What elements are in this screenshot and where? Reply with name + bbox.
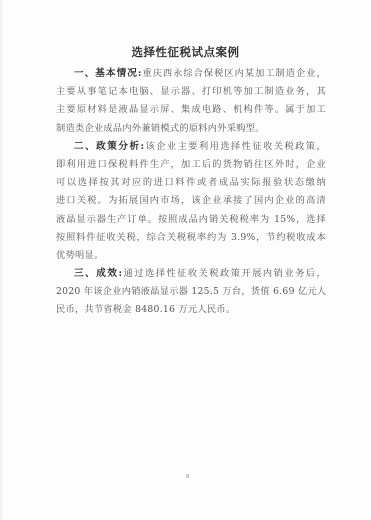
paragraph-line: 主要原材料是液晶显示屏、集成电路、机构件等。属于加工 — [56, 101, 326, 119]
section-policy-analysis-line-1: 二、政策分析:该企业主要利用选择性征收关税政策， — [56, 138, 326, 156]
paragraph-text: 通过选择性征收关税政策开展内销业务后， — [122, 268, 326, 279]
paragraph-line: 进口关税。为拓展国内市场，该企业承接了国内企业的高清 — [56, 192, 326, 210]
paragraph-line: 可以选择按其对应的进口料件或者成品实际报验状态缴纳 — [56, 174, 326, 192]
section-basic-info-line-1: 一、基本情况:重庆西永综合保税区内某加工制造企业， — [56, 65, 326, 83]
paragraph-line: 制造类企业成品内外兼销模式的原料内外采购型。 — [56, 120, 326, 138]
document-body: 一、基本情况:重庆西永综合保税区内某加工制造企业， 主要从事笔记本电脑、显示器、… — [56, 65, 326, 320]
document-title: 选择性征税试点案例 — [0, 44, 371, 60]
scan-edge-shadow — [0, 0, 4, 520]
page-number: 9 — [186, 474, 189, 480]
paragraph-line: 液晶显示器生产订单。按照成品内销关税税率为 15%，选择 — [56, 211, 326, 229]
section-heading-results: 三、成效: — [74, 268, 122, 279]
paragraph-line: 按照料件征收关税，综合关税税率约为 3.9%，节约税收成本 — [56, 229, 326, 247]
paragraph-line: 优势明显。 — [56, 247, 326, 265]
section-results-line-1: 三、成效:通过选择性征收关税政策开展内销业务后， — [56, 265, 326, 283]
paragraph-line: 主要从事笔记本电脑、显示器、打印机等加工制造业务，其 — [56, 83, 326, 101]
paragraph-line: 民币，共节省税金 8480.16 万元人民币。 — [56, 301, 326, 319]
paragraph-text: 该企业主要利用选择性征收关税政策， — [144, 141, 326, 152]
paragraph-line: 2020 年该企业内销液晶显示器 125.5 万台，货值 6.69 亿元人 — [56, 283, 326, 301]
section-heading-basic-info: 一、基本情况: — [74, 68, 142, 79]
section-heading-policy-analysis: 二、政策分析: — [74, 141, 144, 152]
document-page: 选择性征税试点案例 一、基本情况:重庆西永综合保税区内某加工制造企业， 主要从事… — [0, 0, 371, 520]
paragraph-line: 即利用进口保税料件生产，加工后的货物销往区外时，企业 — [56, 156, 326, 174]
paragraph-text: 重庆西永综合保税区内某加工制造企业， — [142, 68, 326, 79]
